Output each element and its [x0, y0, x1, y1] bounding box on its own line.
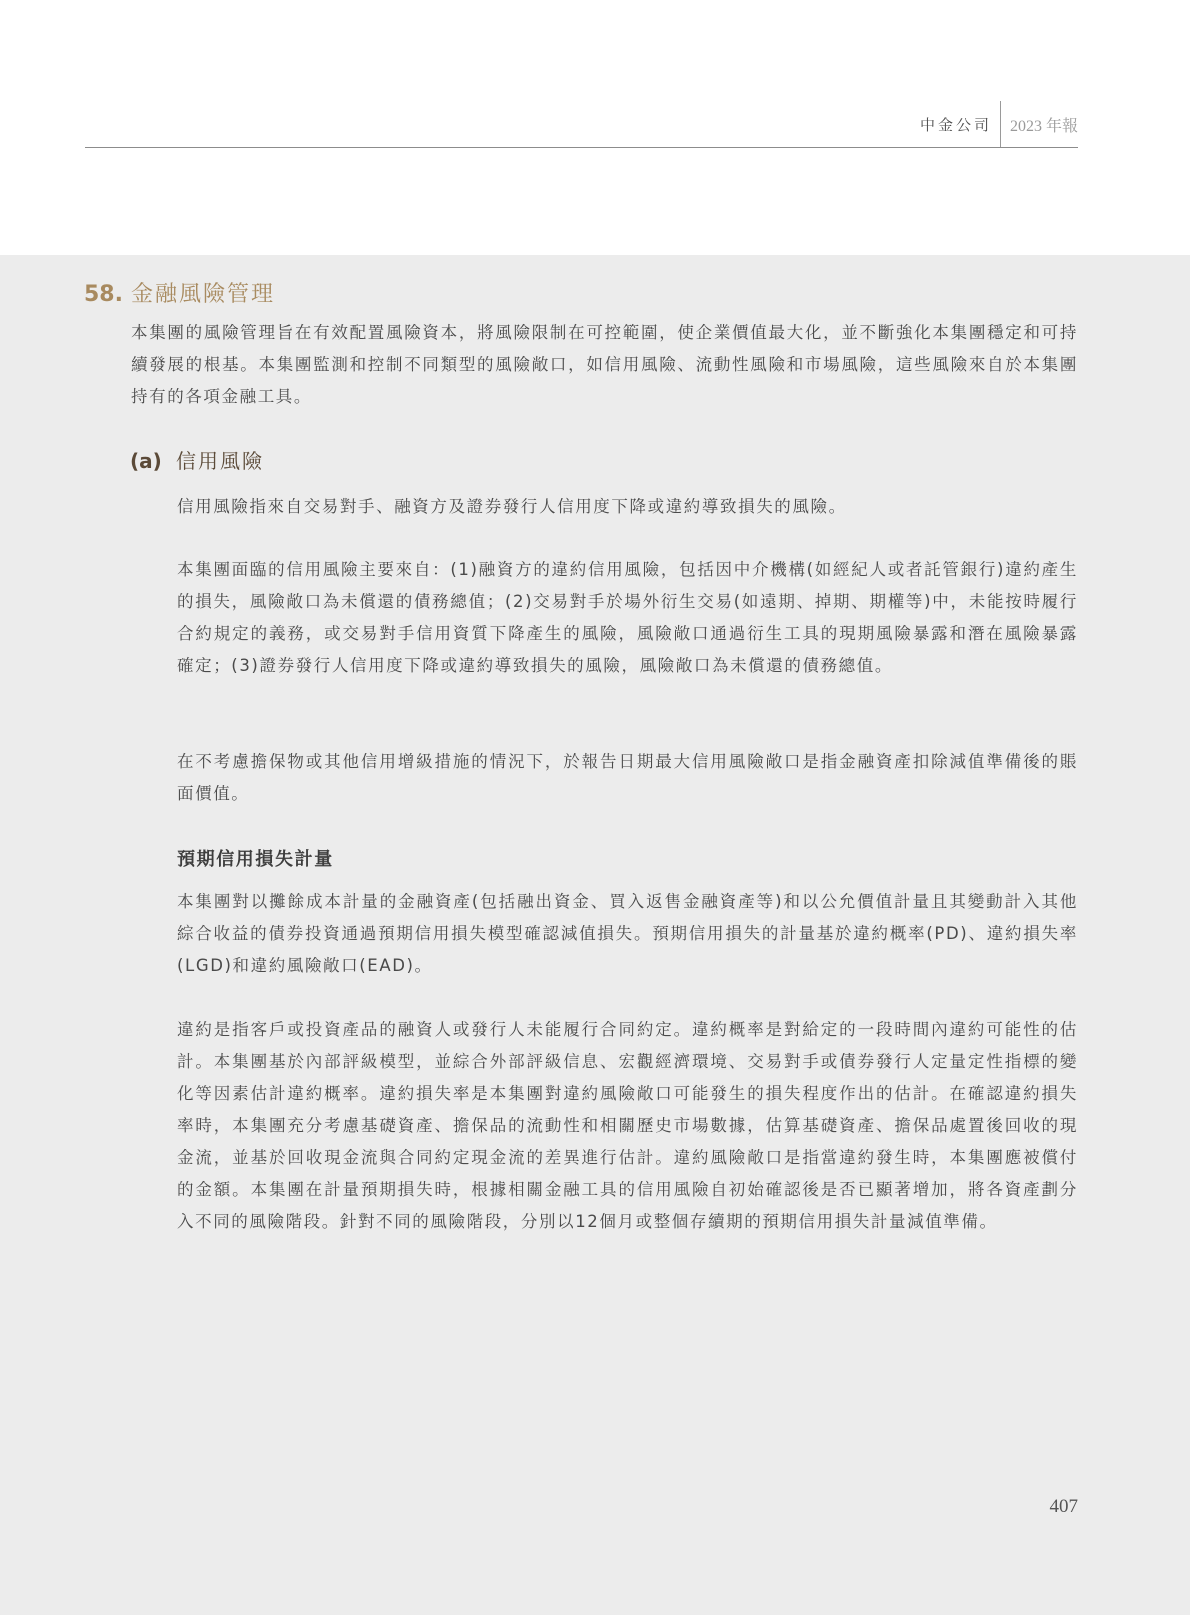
header-title-block: 中金公司 2023 年報 — [920, 101, 1078, 147]
ecl-heading: 預期信用損失計量 — [177, 845, 334, 871]
section-number: 58. — [84, 282, 131, 307]
section-intro-paragraph: 本集團的風險管理旨在有效配置風險資本，將風險限制在可控範圍，使企業價值最大化，並… — [131, 317, 1078, 413]
section-title-text: 金融風險管理 — [131, 277, 275, 308]
page-number: 407 — [1050, 1496, 1079, 1518]
header-rule — [85, 147, 1078, 148]
credit-risk-sources: 本集團面臨的信用風險主要來自：(1)融資方的違約信用風險，包括因中介機構(如經紀… — [177, 554, 1078, 682]
max-credit-exposure: 在不考慮擔保物或其他信用增級措施的情況下，於報告日期最大信用風險敞口是指金融資產… — [177, 746, 1078, 810]
page-header: 中金公司 2023 年報 — [0, 0, 1190, 255]
report-year: 2023 年報 — [1001, 113, 1078, 136]
ecl-model-paragraph: 本集團對以攤餘成本計量的金融資產(包括融出資金、買入返售金融資產等)和以公允價值… — [177, 886, 1078, 982]
credit-risk-definition: 信用風險指來自交易對手、融資方及證券發行人信用度下降或違約導致損失的風險。 — [177, 491, 1078, 523]
subsection-title: (a) 信用風險 — [130, 445, 264, 474]
ecl-default-paragraph: 違約是指客戶或投資產品的融資人或發行人未能履行合同約定。違約概率是對給定的一段時… — [177, 1014, 1078, 1238]
subsection-title-text: 信用風險 — [176, 445, 264, 474]
page-content: 58. 金融風險管理 本集團的風險管理旨在有效配置風險資本，將風險限制在可控範圍… — [0, 255, 1190, 1615]
company-name: 中金公司 — [920, 114, 1000, 135]
subsection-number: (a) — [130, 449, 176, 473]
section-title: 58. 金融風險管理 — [84, 277, 275, 308]
